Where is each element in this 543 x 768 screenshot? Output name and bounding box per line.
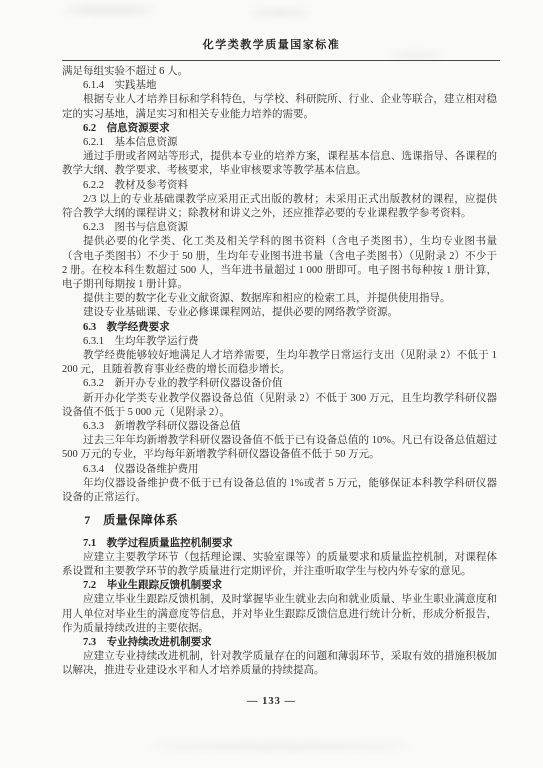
paragraph: 根据专业人才培养目标和学科特色，与学校、科研院所、行业、企业等联合，建立相对稳定… bbox=[62, 93, 497, 121]
running-head: 化学类教学质量国家标准 bbox=[0, 36, 543, 52]
heading-6-2-3: 6.2.3 图书与信息资源 bbox=[62, 221, 497, 235]
paragraph: 提供必要的化学类、化工类及相关学科的图书资料（含电子类图书），生均专业图书量（含… bbox=[62, 235, 497, 292]
paragraph: 建设专业基础课、专业必修课课程网站，提供必要的网络教学资源。 bbox=[62, 306, 497, 320]
paragraph: 新开办化学类专业教学仪器设备总值（见附录 2）不低于 300 万元，且生均教学科… bbox=[62, 392, 497, 420]
paragraph: 通过手册或者网站等形式，提供本专业的培养方案，课程基本信息、选课指导、各课程的教… bbox=[62, 150, 497, 178]
heading-6-3: 6.3 教学经费要求 bbox=[62, 321, 497, 335]
document-page: 化学类教学质量国家标准 满足每组实验不超过 6 人。 6.1.4 实践基地 根据… bbox=[0, 0, 543, 768]
scan-artifact bbox=[392, 52, 440, 59]
paragraph: 教学经费能够较好地满足人才培养需要，生均年教学日常运行支出（见附录 2）不低于 … bbox=[62, 349, 497, 377]
page-number: — 133 — bbox=[247, 696, 296, 707]
paragraph: 提供主要的数字化专业文献资源、数据库和相应的检索工具，并提供使用指导。 bbox=[62, 292, 497, 306]
scan-artifact bbox=[250, 10, 310, 16]
heading-6-3-2: 6.3.2 新开办专业的教学科研仪器设备价值 bbox=[62, 377, 497, 391]
heading-6-3-3: 6.3.3 新增教学科研仪器设备总值 bbox=[62, 420, 497, 434]
heading-7-1: 7.1 教学过程质量监控机制要求 bbox=[62, 537, 497, 551]
heading-6-3-1: 6.3.1 生均年教学运行费 bbox=[62, 335, 497, 349]
paragraph: 过去三年年均新增教学科研仪器设备值不低于已有设备总值的 10%。凡已有设备总值超… bbox=[62, 434, 497, 462]
paragraph: 2/3 以上的专业基础课教学应采用正式出版的教材；未采用正式出版教材的课程，应提… bbox=[62, 193, 497, 221]
document-content: 满足每组实验不超过 6 人。 6.1.4 实践基地 根据专业人才培养目标和学科特… bbox=[62, 65, 497, 679]
paragraph: 年均仪器设备维护费不低于已有设备总值的 1%或者 5 万元，能够保证本科教学科研… bbox=[62, 477, 497, 505]
heading-7-2: 7.2 毕业生跟踪反馈机制要求 bbox=[62, 579, 497, 593]
heading-6-2-2: 6.2.2 教材及参考资料 bbox=[62, 179, 497, 193]
heading-6-2-1: 6.2.1 基本信息资源 bbox=[62, 136, 497, 150]
paragraph: 应建立专业持续改进机制，针对教学质量存在的问题和薄弱环节，采取有效的措施积极加以… bbox=[62, 650, 497, 678]
paragraph-continuation: 满足每组实验不超过 6 人。 bbox=[62, 65, 497, 79]
chapter-heading-7: 7 质量保障体系 bbox=[62, 513, 497, 527]
heading-6-2: 6.2 信息资源要求 bbox=[62, 122, 497, 136]
heading-6-1-4: 6.1.4 实践基地 bbox=[62, 79, 497, 93]
header-rule bbox=[62, 60, 500, 61]
heading-7-3: 7.3 专业持续改进机制要求 bbox=[62, 636, 497, 650]
page-footer: — 133 — bbox=[0, 696, 543, 707]
paragraph: 应建立主要教学环节（包括理论课、实验室课等）的质量要求和质量监控机制，对课程体系… bbox=[62, 551, 497, 579]
paragraph: 应建立毕业生跟踪反馈机制，及时掌握毕业生就业去向和就业质量、毕业生职业满意度和用… bbox=[62, 593, 497, 636]
scan-artifact bbox=[64, 6, 154, 14]
scan-artifact bbox=[150, 742, 410, 750]
heading-6-3-4: 6.3.4 仪器设备维护费用 bbox=[62, 463, 497, 477]
